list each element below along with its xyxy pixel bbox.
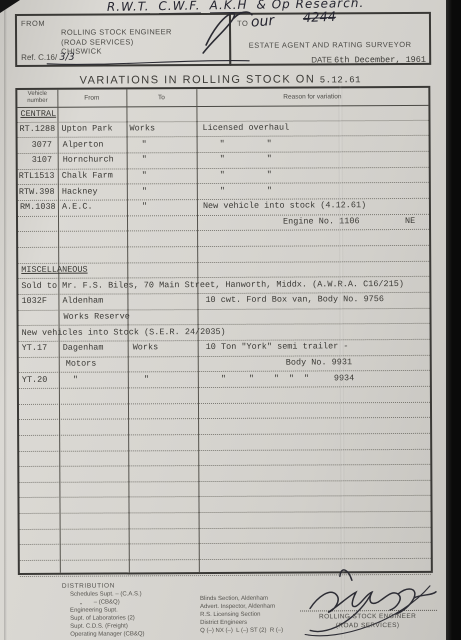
cell-text: Motors (66, 359, 97, 369)
cell-text: New vehicles into Stock (S.E.R. 24/2035) (22, 327, 226, 338)
cell-text: 1032F (21, 296, 47, 306)
cell-text: " (267, 185, 272, 195)
col-header-reason: Reason for variation (196, 93, 428, 101)
signatory-title-line2: (ROAD SERVICES) (295, 621, 440, 630)
distribution-item: Schedules Supt. – (C.A.S.) (70, 590, 144, 598)
col-header-to: To (126, 94, 196, 101)
distribution-list-left: Schedules Supt. – (C.A.S.) „ – (CB&Q)Eng… (70, 590, 145, 638)
cell-text: " (142, 155, 147, 165)
title-printed: VARIATIONS IN ROLLING STOCK ON (80, 73, 316, 86)
cell-text: CENTRAL (20, 108, 56, 118)
cell-text: RM.1038 (20, 202, 56, 212)
cell-text: 3107 (32, 155, 52, 165)
cell-text: " (289, 373, 294, 383)
cell-text: Works (133, 343, 159, 353)
cell-text: Alperton (63, 139, 104, 149)
cell-text: Upton Park (62, 124, 113, 134)
cell-text: MISCELLANEOUS (21, 265, 87, 275)
cell-text: " (220, 170, 225, 180)
distribution-list-middle: Blinds Section, AldenhamAdvert. Inspecto… (200, 595, 283, 635)
cell-text: Chalk Farm (62, 171, 113, 181)
cell-text: Engine No. 1106 (283, 216, 360, 226)
cell-text: " (221, 374, 226, 384)
cell-text: Dagenham (63, 343, 104, 353)
cell-text: 10 Ton "York" semi trailer - (206, 342, 349, 353)
signature-block: ROLLING STOCK ENGINEER (ROAD SERVICES) (295, 576, 440, 639)
cell-text: " (267, 138, 272, 148)
distribution-item: Advert. Inspector, Aldenham (200, 603, 283, 611)
cell-text: Works Reserve (63, 311, 129, 321)
cell-text: Licensed overhaul (203, 123, 290, 133)
cell-text: RTW.398 (19, 187, 55, 197)
cell-text: " (220, 139, 225, 149)
cell-text: Works (130, 123, 156, 133)
cell-text: " (142, 170, 147, 180)
cell-text: " (249, 373, 254, 383)
scan-corner-artifact (0, 0, 20, 13)
table-body: CENTRALRT.1288Upton ParkWorksLicensed ov… (17, 105, 430, 573)
cell-text: NE (405, 216, 415, 226)
distribution-item: Supt. of Laboratories (2) (70, 614, 144, 622)
cell-text: Aldenham (62, 296, 103, 306)
signatory-title: ROLLING STOCK ENGINEER (ROAD SERVICES) (295, 613, 440, 631)
cell-text: RT.1288 (20, 124, 56, 134)
variations-table: Vehicle number From To Reason for variat… (15, 86, 433, 575)
cell-text: RTL1513 (19, 171, 55, 181)
col-header-vehicle-number: Vehicle number (17, 91, 57, 105)
scan-edge-right (446, 0, 461, 640)
cell-text: YT.17 (22, 343, 48, 353)
cell-text: " (142, 186, 147, 196)
cell-text: 10 cwt. Ford Box van, Body No. 9756 (205, 294, 384, 305)
cell-text: " (144, 374, 149, 384)
cell-text: 9934 (334, 373, 354, 383)
cell-text: " (274, 373, 279, 383)
cell-text: " (267, 170, 272, 180)
cell-text: YT.20 (22, 375, 48, 385)
scanned-memo-page: R.W.T.C.W.F.A.K.H& Op Research. FROM ROL… (0, 0, 461, 640)
cell-text: " (220, 186, 225, 196)
col-header-from: From (57, 94, 126, 101)
cell-text: " (220, 154, 225, 164)
cell-text: Sold to Mr. F.S. Biles, 70 Main Street, … (21, 279, 404, 291)
cell-text: " (142, 139, 147, 149)
cell-text: " (304, 373, 309, 383)
cell-text: 3077 (32, 140, 52, 150)
cell-text: Hornchurch (63, 155, 114, 165)
document-content: R.W.T.C.W.F.A.K.H& Op Research. FROM ROL… (0, 0, 446, 640)
cell-text: " (142, 202, 147, 212)
distribution-item: Operating Manager (CB&Q) (70, 630, 144, 638)
cell-text: " (267, 154, 272, 164)
distribution-label: DISTRIBUTION (62, 583, 115, 590)
cell-text: Hackney (62, 186, 98, 196)
cell-text: " (73, 374, 78, 384)
cell-text: A.E.C. (62, 202, 93, 212)
distribution-item: Q (–) NX (–) L (–) ST (2) R (–) (200, 627, 283, 635)
